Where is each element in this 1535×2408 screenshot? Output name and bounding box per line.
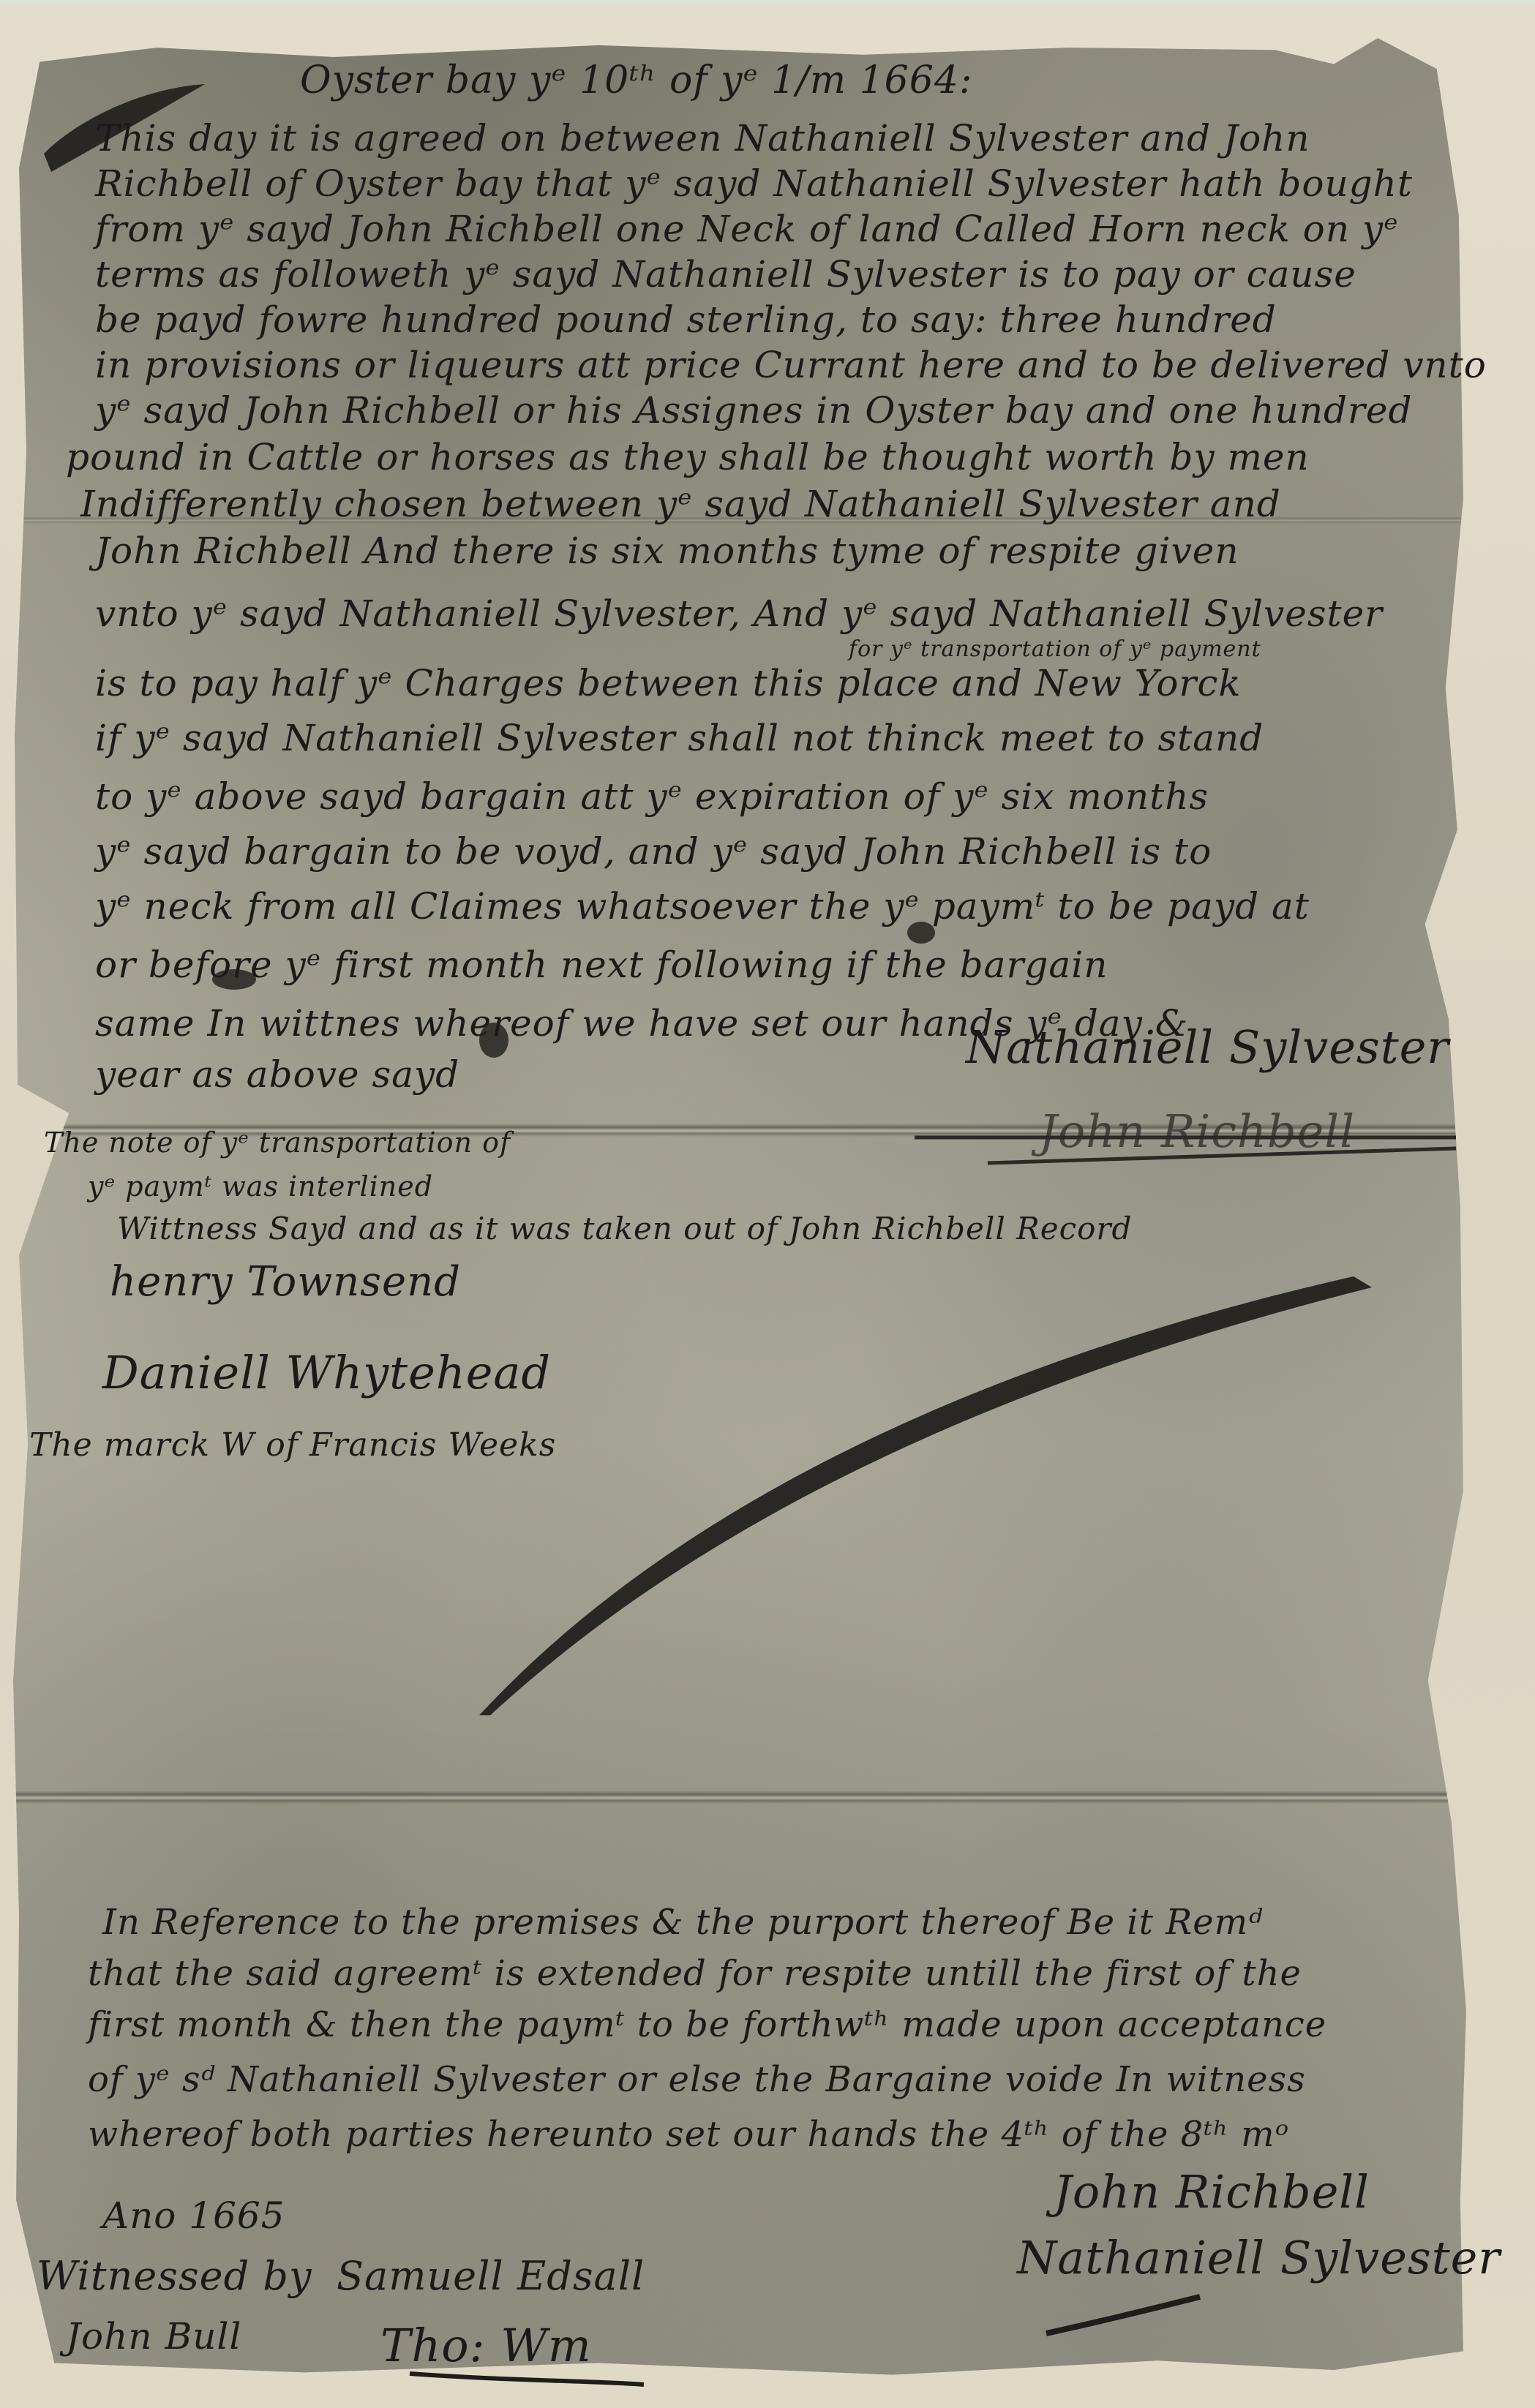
deed-line: Richbell of Oyster bay that yᵉ sayd Nath…: [95, 162, 1413, 205]
deed-line: if yᵉ sayd Nathaniell Sylvester shall no…: [95, 717, 1264, 759]
witness-mark-francis-weeks: The marck W of Francis Weeks: [29, 1426, 556, 1464]
deed-line: pound in Cattle or horses as they shall …: [66, 436, 1310, 478]
signature-struck-john-richbell: John Richbell: [1039, 1105, 1355, 1158]
witness-daniell-whytehead: Daniell Whytehead: [102, 1346, 551, 1399]
deed-line: yᵉ sayd John Richbell or his Assignes in…: [95, 389, 1413, 432]
deed-line: terms as followeth yᵉ sayd Nathaniell Sy…: [95, 253, 1356, 296]
note-line: Wittness Sayd and as it was taken out of…: [117, 1211, 1132, 1246]
deed-line: yᵉ neck from all Claimes whatsoever the …: [95, 885, 1310, 928]
deed-line: Indifferently chosen between yᵉ sayd Nat…: [80, 483, 1281, 525]
extension-line: whereof both parties hereunto set our ha…: [88, 2114, 1289, 2155]
deed-line: or before yᵉ first month next following …: [95, 944, 1108, 986]
deed-line: be payd fowre hundred pound sterling, to…: [95, 298, 1277, 341]
deed-line: yᵉ sayd bargain to be voyd, and yᵉ sayd …: [95, 830, 1212, 873]
deed-line: is to pay half yᵉ Charges between this p…: [95, 662, 1242, 704]
extension-line: first month & then the paymᵗ to be forth…: [88, 2004, 1326, 2045]
extension-line: In Reference to the premises & the purpo…: [102, 1902, 1263, 1943]
note-line: yᵉ paymᵗ was interlined: [88, 1170, 433, 1203]
extension-line: that the said agreemᵗ is extended for re…: [88, 1953, 1302, 1994]
deed-line: John Richbell And there is six months ty…: [95, 530, 1239, 572]
deed-line: year as above sayd: [95, 1053, 459, 1096]
note-line: The note of yᵉ transportation of: [44, 1126, 511, 1159]
signature-nathaniell-sylvester-2: Nathaniell Sylvester: [1017, 2231, 1501, 2284]
signature-nathaniell-sylvester: Nathaniell Sylvester: [966, 1020, 1449, 1074]
deed-line: This day it is agreed on between Nathani…: [95, 117, 1310, 159]
interlineation: for yᵉ transportation of yᵉ payment: [849, 636, 1261, 662]
deed-line: vnto yᵉ sayd Nathaniell Sylvester, And y…: [95, 592, 1383, 635]
mount-top-edge: [0, 0, 1535, 4]
deed-line: to yᵉ above sayd bargain att yᵉ expirati…: [95, 775, 1209, 818]
deed-line: in provisions or liqueurs att price Curr…: [95, 344, 1487, 386]
extension-line: of yᵉ sᵈ Nathaniell Sylvester or else th…: [88, 2059, 1306, 2100]
fold-crease: [10, 1791, 1481, 1804]
signature-john-richbell: John Richbell: [1054, 2165, 1370, 2219]
witness-samuell-edsall: Samuell Edsall: [337, 2253, 645, 2299]
witness-thomas: Tho: Wm: [380, 2319, 592, 2372]
document-heading: Oyster bay yᵉ 10ᵗʰ of yᵉ 1/m 1664:: [300, 59, 972, 102]
witnessed-by-label: Witnessed by: [37, 2253, 312, 2299]
witness-john-bull: John Bull: [66, 2315, 241, 2358]
witness-henry-townsend: henry Townsend: [110, 1258, 461, 1306]
extension-year: Ano 1665: [102, 2194, 285, 2237]
deed-line: from yᵉ sayd John Richbell one Neck of l…: [95, 208, 1398, 250]
